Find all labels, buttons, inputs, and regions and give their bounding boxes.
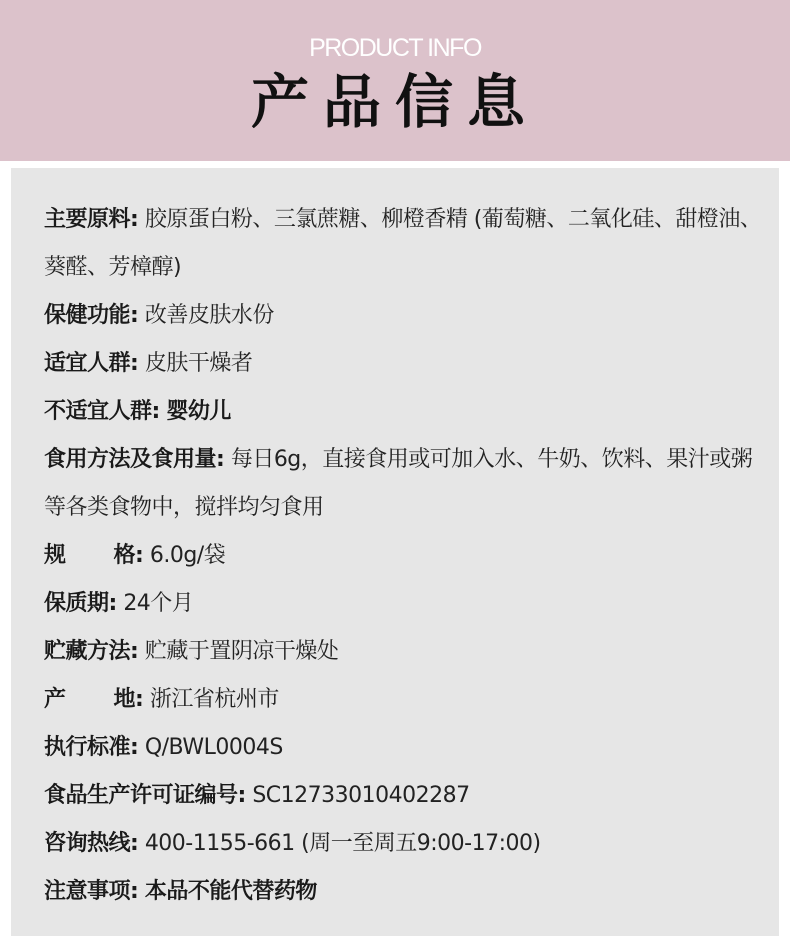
header-subtitle: PRODUCT INFO xyxy=(0,34,790,63)
info-row-usage: 食用方法及食用量: 每日6g，直接食用或可加入水、牛奶、饮料、果汁或粥等各类食物… xyxy=(44,436,764,532)
info-value: SC12733010402287 xyxy=(252,783,469,808)
info-value: 胶原蛋白粉、三氯蔗糖、柳橙香精 (葡萄糖、二氧化硅、甜橙油、葵醛、芳樟醇) xyxy=(44,207,761,280)
info-label: 不适宜人群: xyxy=(44,399,160,424)
info-label-part: 产 xyxy=(44,687,66,712)
info-label: 注意事项: xyxy=(44,879,138,904)
info-row-not-suitable-for: 不适宜人群: 婴幼儿 xyxy=(44,388,764,436)
info-row-specification: 规格: 6.0g/袋 xyxy=(44,532,764,580)
info-row-origin: 产地: 浙江省杭州市 xyxy=(44,676,764,724)
info-value: 皮肤干燥者 xyxy=(145,351,253,376)
info-label: 贮藏方法: xyxy=(44,639,138,664)
info-label-part: 规 xyxy=(44,543,66,568)
info-row-standard: 执行标准: Q/BWL0004S xyxy=(44,724,764,772)
info-label: 适宜人群: xyxy=(44,351,138,376)
info-label: 主要原料: xyxy=(44,207,138,232)
info-row-suitable-for: 适宜人群: 皮肤干燥者 xyxy=(44,340,764,388)
info-label: 保健功能: xyxy=(44,303,138,328)
info-value: 浙江省杭州市 xyxy=(150,687,279,712)
info-label: 食用方法及食用量: xyxy=(44,447,224,472)
info-row-storage: 贮藏方法: 贮藏于置阴凉干燥处 xyxy=(44,628,764,676)
info-row-notice: 注意事项: 本品不能代替药物 xyxy=(44,868,764,916)
info-value: 本品不能代替药物 xyxy=(145,879,317,904)
info-value: 400-1155-661 (周一至周五9:00-17:00) xyxy=(145,831,541,856)
product-info-header: PRODUCT INFO 产品信息 xyxy=(0,0,790,161)
info-row-license: 食品生产许可证编号: SC12733010402287 xyxy=(44,772,764,820)
info-value: Q/BWL0004S xyxy=(145,735,283,760)
info-label: 产地: xyxy=(44,687,143,712)
info-label: 保质期: xyxy=(44,591,117,616)
info-row-hotline: 咨询热线: 400-1155-661 (周一至周五9:00-17:00) xyxy=(44,820,764,868)
info-label-part: 地: xyxy=(114,687,144,712)
info-value: 24个月 xyxy=(123,591,193,616)
info-value: 婴幼儿 xyxy=(166,399,231,424)
info-label: 食品生产许可证编号: xyxy=(44,783,246,808)
info-value: 6.0g/袋 xyxy=(150,543,225,568)
product-info-panel: 主要原料: 胶原蛋白粉、三氯蔗糖、柳橙香精 (葡萄糖、二氧化硅、甜橙油、葵醛、芳… xyxy=(11,168,779,936)
info-row-health-function: 保健功能: 改善皮肤水份 xyxy=(44,292,764,340)
header-title: 产品信息 xyxy=(0,64,790,140)
info-value: 贮藏于置阴凉干燥处 xyxy=(145,639,339,664)
info-row-shelf-life: 保质期: 24个月 xyxy=(44,580,764,628)
info-label: 执行标准: xyxy=(44,735,138,760)
info-value: 改善皮肤水份 xyxy=(145,303,274,328)
info-row-ingredients: 主要原料: 胶原蛋白粉、三氯蔗糖、柳橙香精 (葡萄糖、二氧化硅、甜橙油、葵醛、芳… xyxy=(44,196,764,292)
info-list: 主要原料: 胶原蛋白粉、三氯蔗糖、柳橙香精 (葡萄糖、二氧化硅、甜橙油、葵醛、芳… xyxy=(44,196,764,916)
info-label: 咨询热线: xyxy=(44,831,138,856)
info-label: 规格: xyxy=(44,543,143,568)
info-label-part: 格: xyxy=(114,543,144,568)
